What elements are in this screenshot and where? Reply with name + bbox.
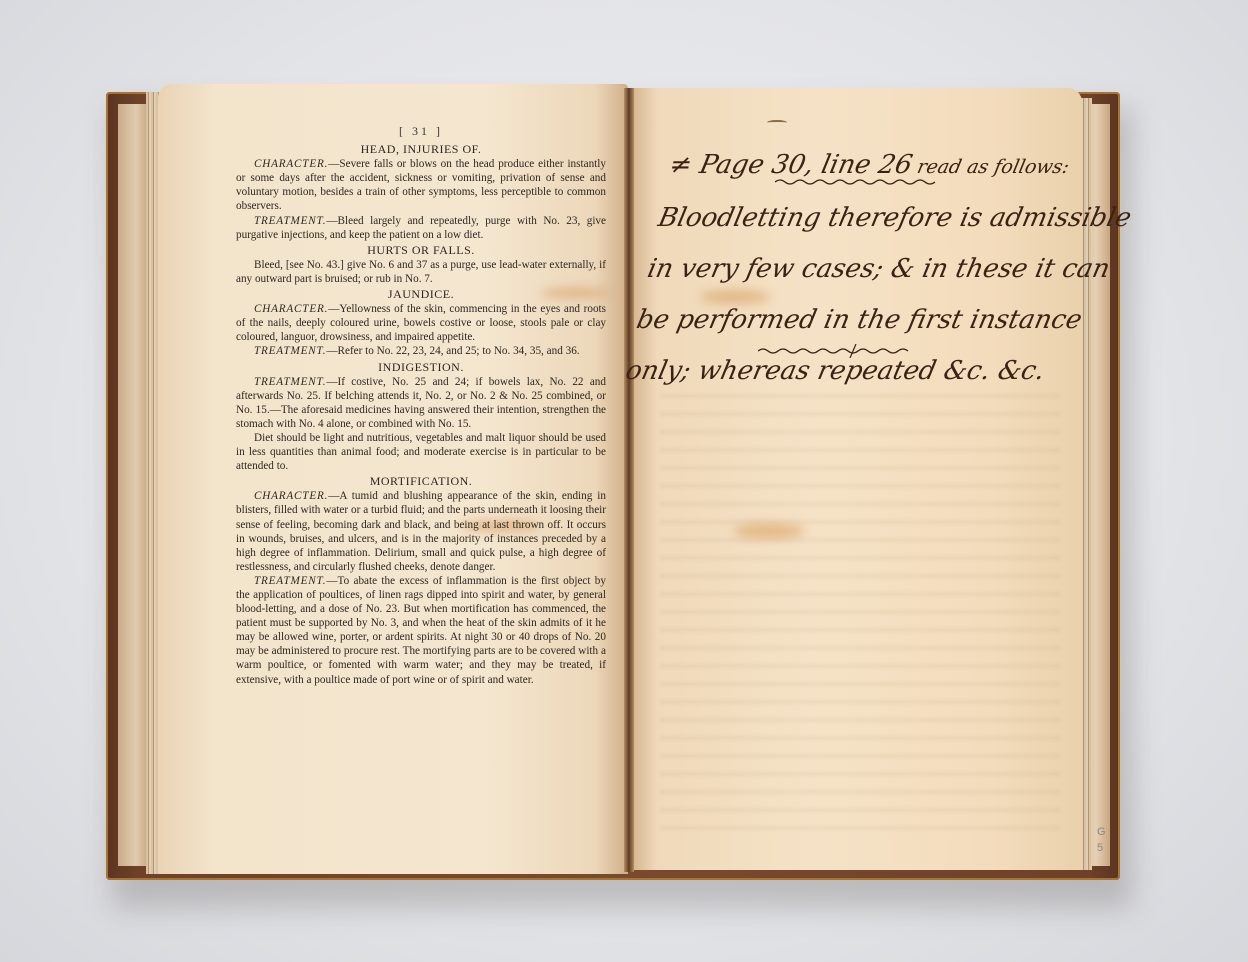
paragraph-text: —A tumid and blushing appearance of the … bbox=[236, 490, 606, 572]
stain-right-2 bbox=[733, 524, 805, 538]
handwritten-line-3: in very few cases; & in these it can bbox=[642, 244, 1073, 295]
printed-text: [ 31 ] HEAD, INJURIES OF.CHARACTER.—Seve… bbox=[236, 124, 606, 687]
paragraph-text: —To abate the excess of inflammation is … bbox=[236, 575, 606, 686]
section-heading: INDIGESTION. bbox=[236, 360, 606, 374]
wavy-underline-1 bbox=[775, 176, 945, 188]
paragraph: CHARACTER.—Severe falls or blows on the … bbox=[236, 157, 606, 213]
paragraph-label: TREATMENT. bbox=[254, 376, 326, 388]
book-gutter bbox=[624, 88, 634, 872]
paragraph-label: CHARACTER. bbox=[254, 490, 328, 502]
handwritten-line-2: Bloodletting therefore is admissible bbox=[653, 193, 1084, 244]
paragraph-label: TREATMENT. bbox=[254, 215, 326, 227]
edge-mark-5: 5 bbox=[1097, 842, 1103, 854]
pencil-mark bbox=[767, 120, 787, 125]
paragraph-text: —Refer to No. 22, 23, 24, and 25; to No.… bbox=[326, 345, 579, 357]
paragraph: CHARACTER.—A tumid and blushing appearan… bbox=[236, 489, 606, 574]
show-through-text bbox=[660, 380, 1060, 840]
paragraph: Diet should be light and nutritious, veg… bbox=[236, 431, 606, 473]
paragraph-label: TREATMENT. bbox=[254, 345, 326, 357]
wavy-underline-2 bbox=[758, 344, 918, 358]
paragraph-text: Bleed, [see No. 43.] give No. 6 and 37 a… bbox=[236, 259, 606, 285]
paragraph: TREATMENT.—Refer to No. 22, 23, 24, and … bbox=[236, 344, 606, 358]
paragraph: TREATMENT.—If costive, No. 25 and 24; if… bbox=[236, 375, 606, 431]
section-heading: HEAD, INJURIES OF. bbox=[236, 142, 606, 156]
page-number: [ 31 ] bbox=[236, 124, 606, 138]
paragraph: Bleed, [see No. 43.] give No. 6 and 37 a… bbox=[236, 258, 606, 286]
paragraph-label: TREATMENT. bbox=[254, 575, 326, 587]
paragraph: TREATMENT.—Bleed largely and repeatedly,… bbox=[236, 214, 606, 242]
paragraph: TREATMENT.—To abate the excess of inflam… bbox=[236, 574, 606, 687]
section-heading: MORTIFICATION. bbox=[236, 474, 606, 488]
cover-inner-left bbox=[118, 104, 148, 866]
paragraph-text: Diet should be light and nutritious, veg… bbox=[236, 432, 606, 472]
paragraph: CHARACTER.—Yellowness of the skin, comme… bbox=[236, 302, 606, 344]
section-heading: HURTS OR FALLS. bbox=[236, 243, 606, 257]
edge-mark-g: G bbox=[1097, 826, 1106, 838]
section-heading: JAUNDICE. bbox=[236, 287, 606, 301]
paragraph-label: CHARACTER. bbox=[254, 158, 328, 170]
paragraph-label: CHARACTER. bbox=[254, 303, 328, 315]
handwritten-line-4: be performed in the first instance bbox=[632, 295, 1063, 346]
